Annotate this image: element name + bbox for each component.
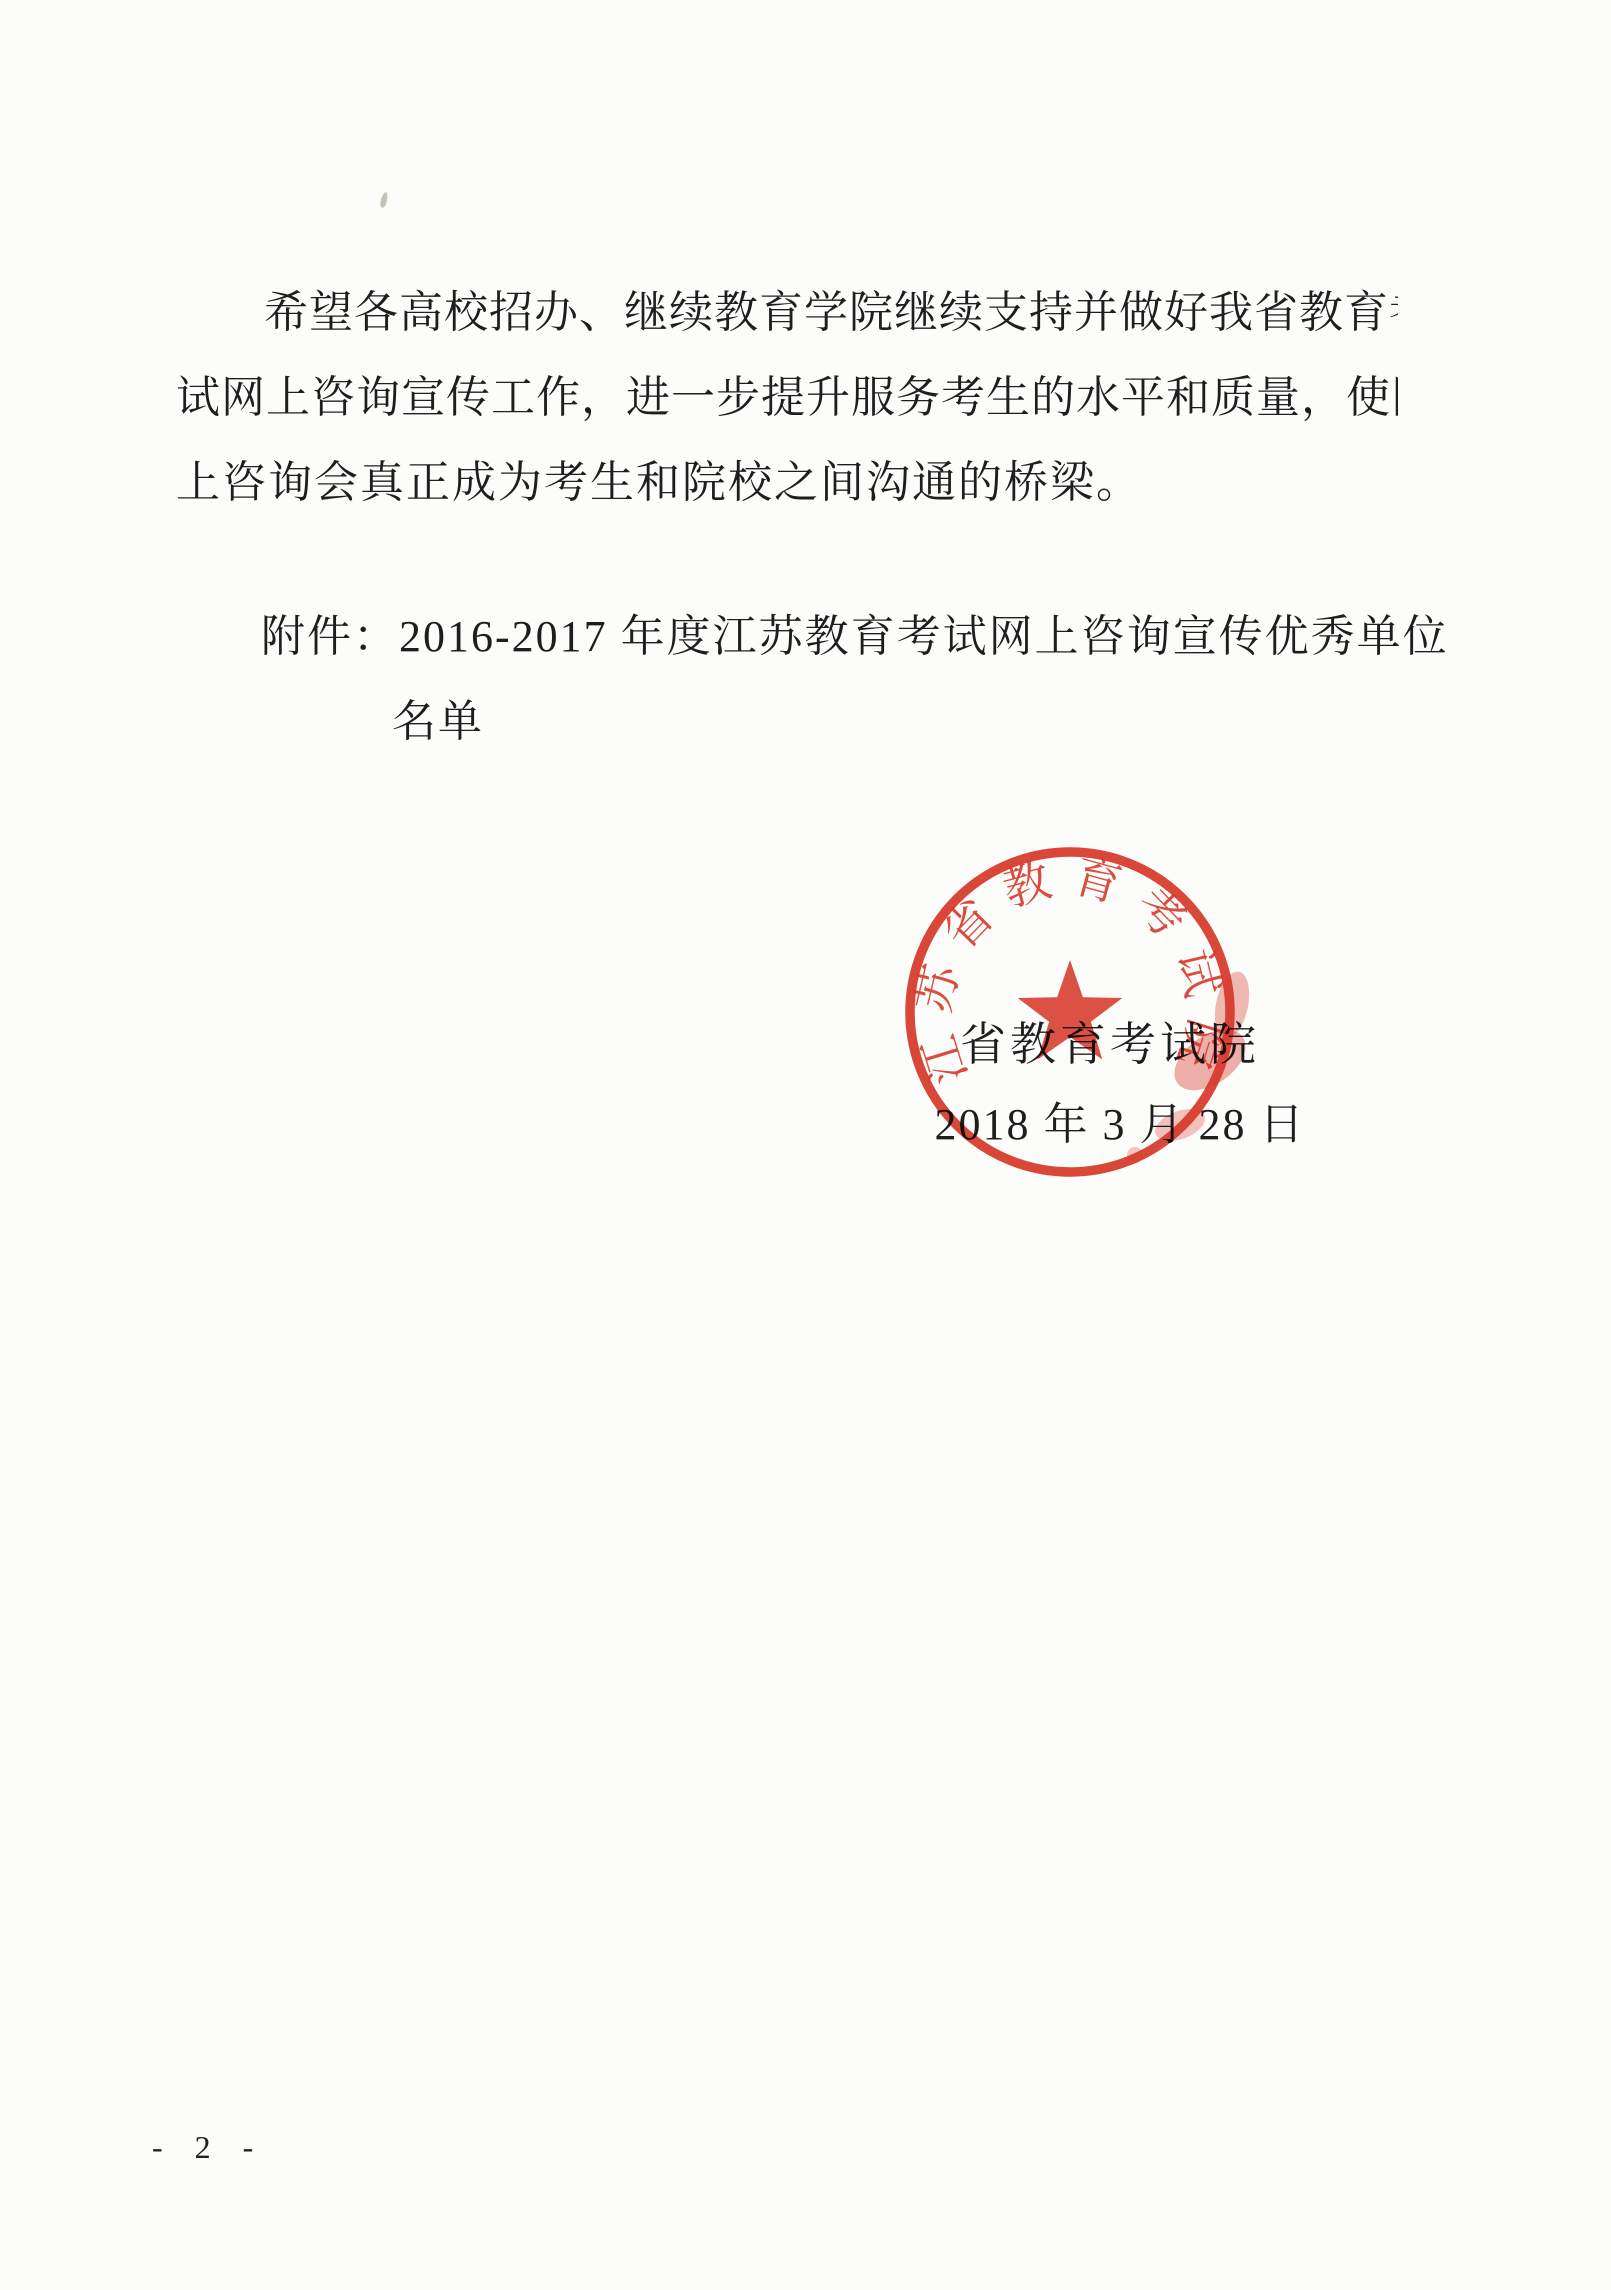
body-paragraph-line-3: 上咨询会真正成为考生和院校之间沟通的桥梁。: [176, 458, 1142, 508]
body-paragraph-line-2: 试网上咨询宣传工作，进一步提升服务考生的水平和质量，使网: [176, 373, 1398, 425]
body-paragraph-line-1: 希望各高校招办、继续教育学院继续支持并做好我省教育考: [176, 288, 1398, 340]
document-page: 希望各高校招办、继续教育学院继续支持并做好我省教育考 试网上咨询宣传工作，进一步…: [0, 0, 1611, 2290]
page-number: - 2 -: [152, 2122, 265, 2172]
scan-speck: [379, 192, 389, 209]
attachment-line-1: 附件：2016-2017 年度江苏教育考试网上咨询宣传优秀单位: [261, 612, 1449, 662]
signature-authority: 省教育考试院: [940, 1020, 1280, 1070]
attachment-line-2: 名单: [392, 697, 484, 747]
signature-date: 2018 年 3 月 28 日: [910, 1100, 1330, 1150]
